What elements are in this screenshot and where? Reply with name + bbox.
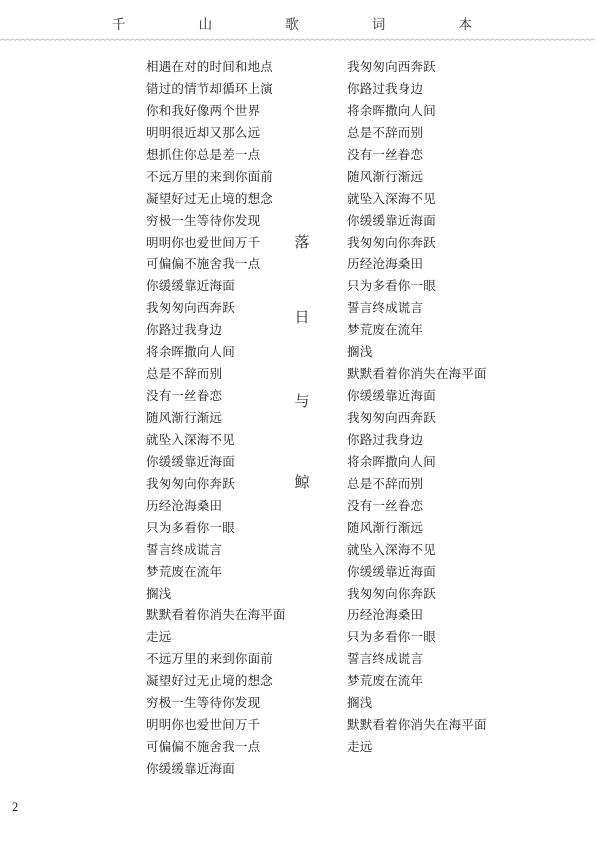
lyric-line: 默默看着你消失在海平面: [347, 715, 487, 737]
lyric-line: 你路过我身边: [347, 79, 487, 101]
lyric-line: 将余晖撒向人间: [347, 452, 487, 474]
lyric-line: 你缓缓靠近海面: [347, 211, 487, 233]
song-title-char: 鲸: [292, 474, 312, 492]
lyric-line: 走远: [347, 737, 487, 759]
lyric-line: 历经沧海桑田: [347, 254, 487, 276]
lyric-line: 搁浅: [347, 342, 487, 364]
lyric-line: 你缓缓靠近海面: [347, 562, 487, 584]
lyric-line: 只为多看你一眼: [347, 627, 487, 649]
lyric-line: 誓言终成谎言: [347, 298, 487, 320]
lyric-line: 梦荒废在流年: [146, 562, 286, 584]
lyric-line: 誓言终成谎言: [347, 649, 487, 671]
wavy-divider-icon: [0, 36, 595, 44]
lyric-line: 凝望好过无止境的想念: [146, 189, 286, 211]
lyric-line: 总是不辞而别: [347, 123, 487, 145]
lyric-line: 梦荒废在流年: [347, 671, 487, 693]
lyric-line: 只为多看你一眼: [347, 276, 487, 298]
lyric-line: 梦荒废在流年: [347, 320, 487, 342]
page-number: 2: [12, 800, 18, 815]
lyric-line: 将余晖撒向人间: [347, 101, 487, 123]
lyric-line: 穷极一生等待你发现: [146, 693, 286, 715]
lyrics-left-column: 相遇在对的时间和地点错过的情节却循环上演你和我好像两个世界明明很近却又那么远想抓…: [146, 57, 286, 781]
lyric-line: 错过的情节却循环上演: [146, 79, 286, 101]
song-title-char: 与: [292, 393, 312, 411]
lyric-line: 就坠入深海不见: [347, 540, 487, 562]
lyric-line: 搁浅: [146, 584, 286, 606]
lyric-line: 不远万里的来到你面前: [146, 167, 286, 189]
lyric-line: 明明很近却又那么远: [146, 123, 286, 145]
lyric-line: 走远: [146, 627, 286, 649]
lyric-line: 凝望好过无止境的想念: [146, 671, 286, 693]
lyric-line: 历经沧海桑田: [347, 605, 487, 627]
lyric-line: 我匆匆向西奔跃: [347, 57, 487, 79]
lyric-line: 相遇在对的时间和地点: [146, 57, 286, 79]
lyric-line: 你路过我身边: [146, 320, 286, 342]
lyric-line: 你和我好像两个世界: [146, 101, 286, 123]
lyric-line: 就坠入深海不见: [146, 430, 286, 452]
lyric-line: 明明你也爱世间万千: [146, 233, 286, 255]
lyric-line: 穷极一生等待你发现: [146, 211, 286, 233]
lyric-line: 搁浅: [347, 693, 487, 715]
lyric-line: 可偏偏不施舍我一点: [146, 737, 286, 759]
song-title-char: 落: [292, 234, 312, 252]
lyric-line: 我匆匆向西奔跃: [146, 298, 286, 320]
lyric-line: 就坠入深海不见: [347, 189, 487, 211]
lyric-line: 我匆匆向你奔跃: [347, 233, 487, 255]
lyrics-right-column: 我匆匆向西奔跃你路过我身边将余晖撒向人间总是不辞而别没有一丝眷恋随风渐行渐远就坠…: [347, 57, 487, 759]
lyric-line: 我匆匆向你奔跃: [347, 584, 487, 606]
lyric-line: 你路过我身边: [347, 430, 487, 452]
lyric-line: 默默看着你消失在海平面: [347, 364, 487, 386]
wavy-divider-path: [0, 39, 595, 40]
lyric-line: 你缓缓靠近海面: [347, 386, 487, 408]
lyric-line: 你缓缓靠近海面: [146, 452, 286, 474]
lyric-line: 随风渐行渐远: [347, 167, 487, 189]
lyric-line: 可偏偏不施舍我一点: [146, 254, 286, 276]
lyric-line: 随风渐行渐远: [146, 408, 286, 430]
song-title-char: 日: [292, 309, 312, 327]
lyric-line: 你缓缓靠近海面: [146, 759, 286, 781]
lyrics-book-page: 千山歌词本 相遇在对的时间和地点错过的情节却循环上演你和我好像两个世界明明很近却…: [0, 0, 595, 842]
lyric-line: 将余晖撒向人间: [146, 342, 286, 364]
lyric-line: 誓言终成谎言: [146, 540, 286, 562]
lyric-line: 总是不辞而别: [347, 474, 487, 496]
lyric-line: 我匆匆向你奔跃: [146, 474, 286, 496]
lyric-line: 默默看着你消失在海平面: [146, 605, 286, 627]
lyric-line: 明明你也爱世间万千: [146, 715, 286, 737]
lyric-line: 想抓住你总是差一点: [146, 145, 286, 167]
lyric-line: 不远万里的来到你面前: [146, 649, 286, 671]
lyric-line: 只为多看你一眼: [146, 518, 286, 540]
lyric-line: 没有一丝眷恋: [347, 496, 487, 518]
lyric-line: 没有一丝眷恋: [146, 386, 286, 408]
lyric-line: 我匆匆向西奔跃: [347, 408, 487, 430]
lyric-line: 历经沧海桑田: [146, 496, 286, 518]
lyric-line: 总是不辞而别: [146, 364, 286, 386]
lyric-line: 没有一丝眷恋: [347, 145, 487, 167]
lyric-line: 随风渐行渐远: [347, 518, 487, 540]
lyric-line: 你缓缓靠近海面: [146, 276, 286, 298]
header-divider: [0, 31, 595, 39]
